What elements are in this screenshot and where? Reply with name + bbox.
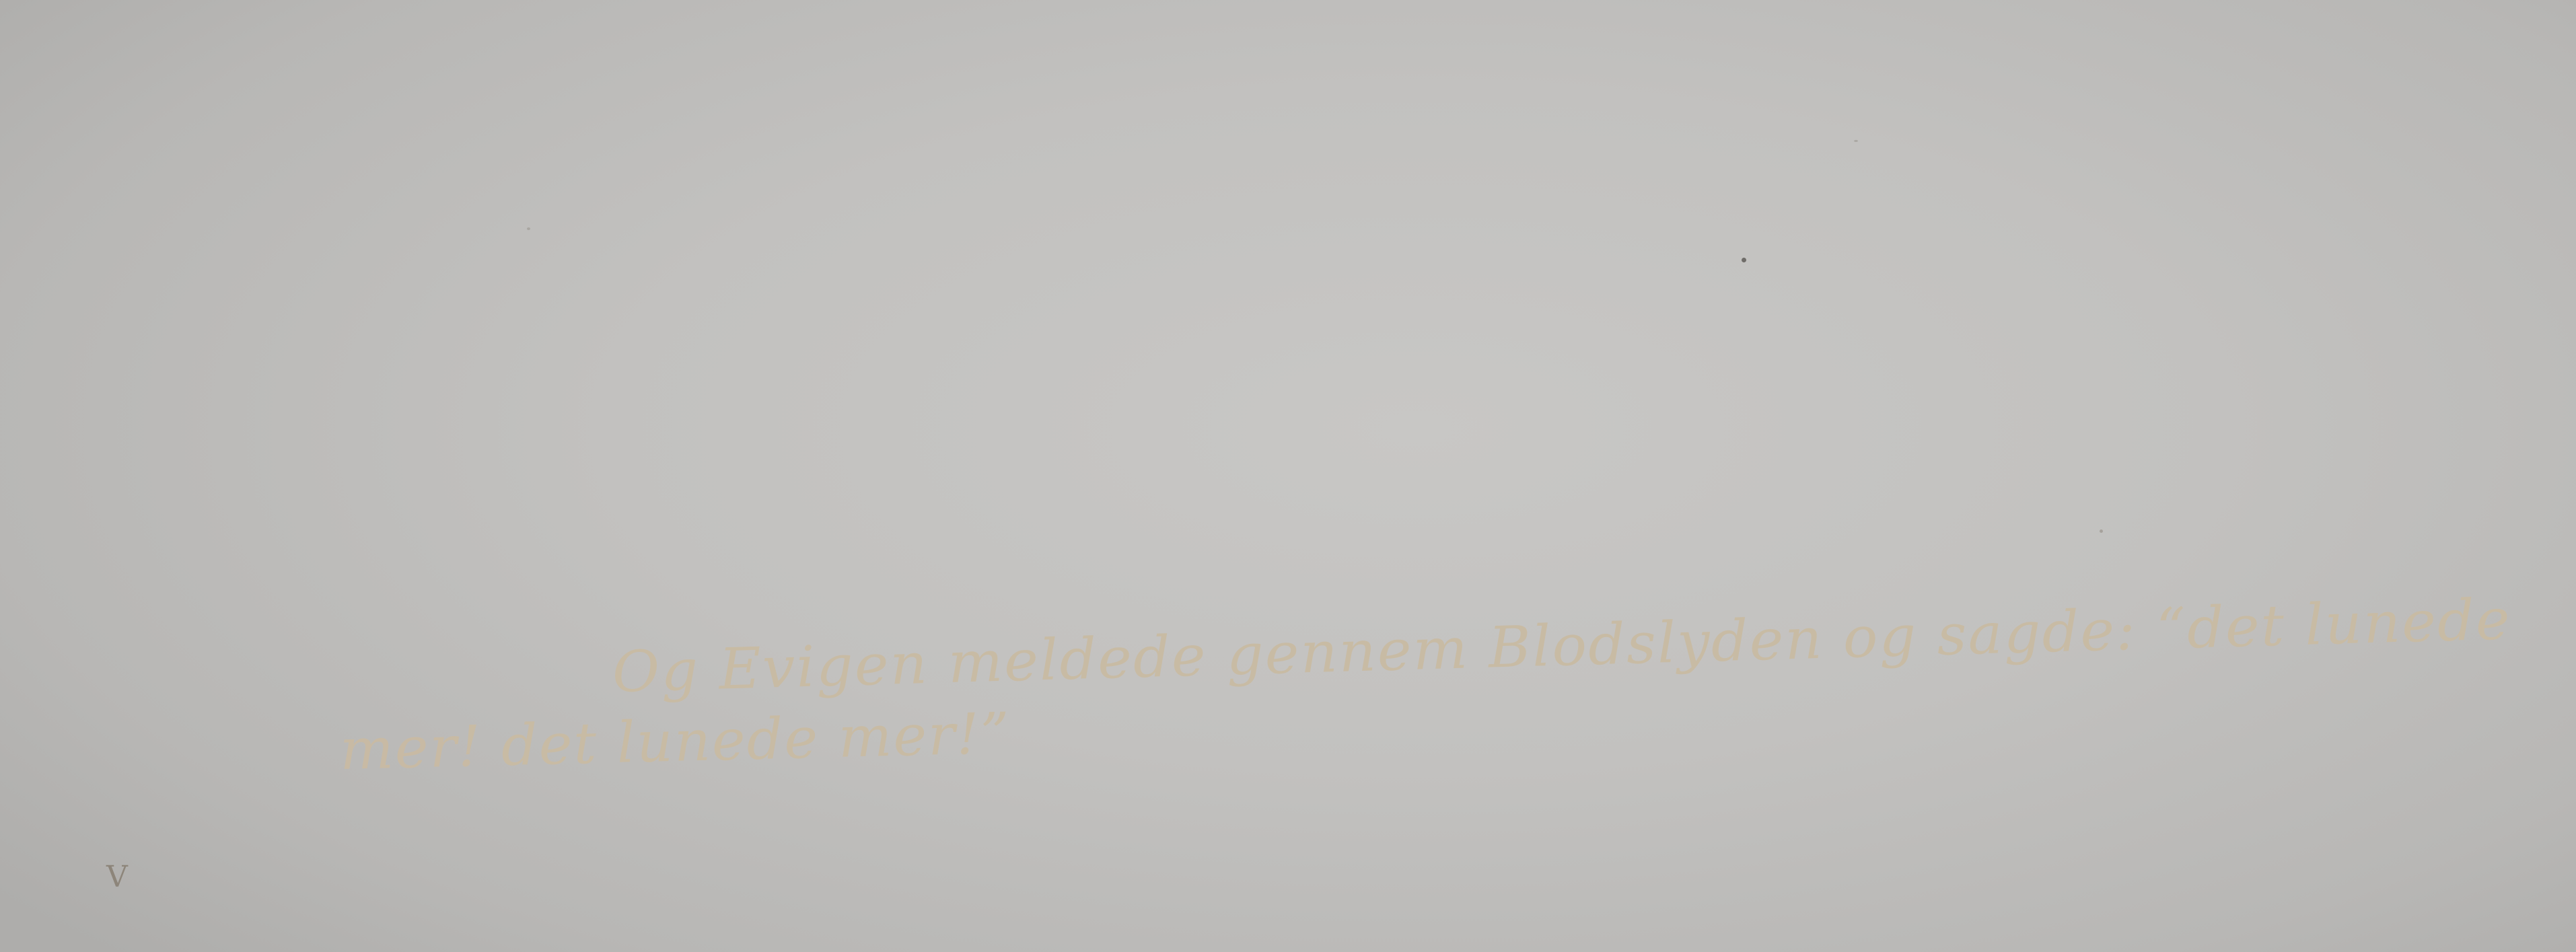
handwritten-line-2: mer! det lunede mer!”	[339, 700, 1011, 782]
paper-speck	[2100, 529, 2103, 533]
manuscript-page: Og Evigen meldede gennem Blodslyden og s…	[0, 0, 2576, 952]
page-signature-mark: V	[106, 860, 128, 894]
paper-speck	[1854, 140, 1858, 142]
paper-speck	[1742, 258, 1746, 262]
handwritten-line-1: Og Evigen meldede gennem Blodslyden og s…	[612, 586, 2512, 705]
paper-speck	[527, 227, 530, 230]
